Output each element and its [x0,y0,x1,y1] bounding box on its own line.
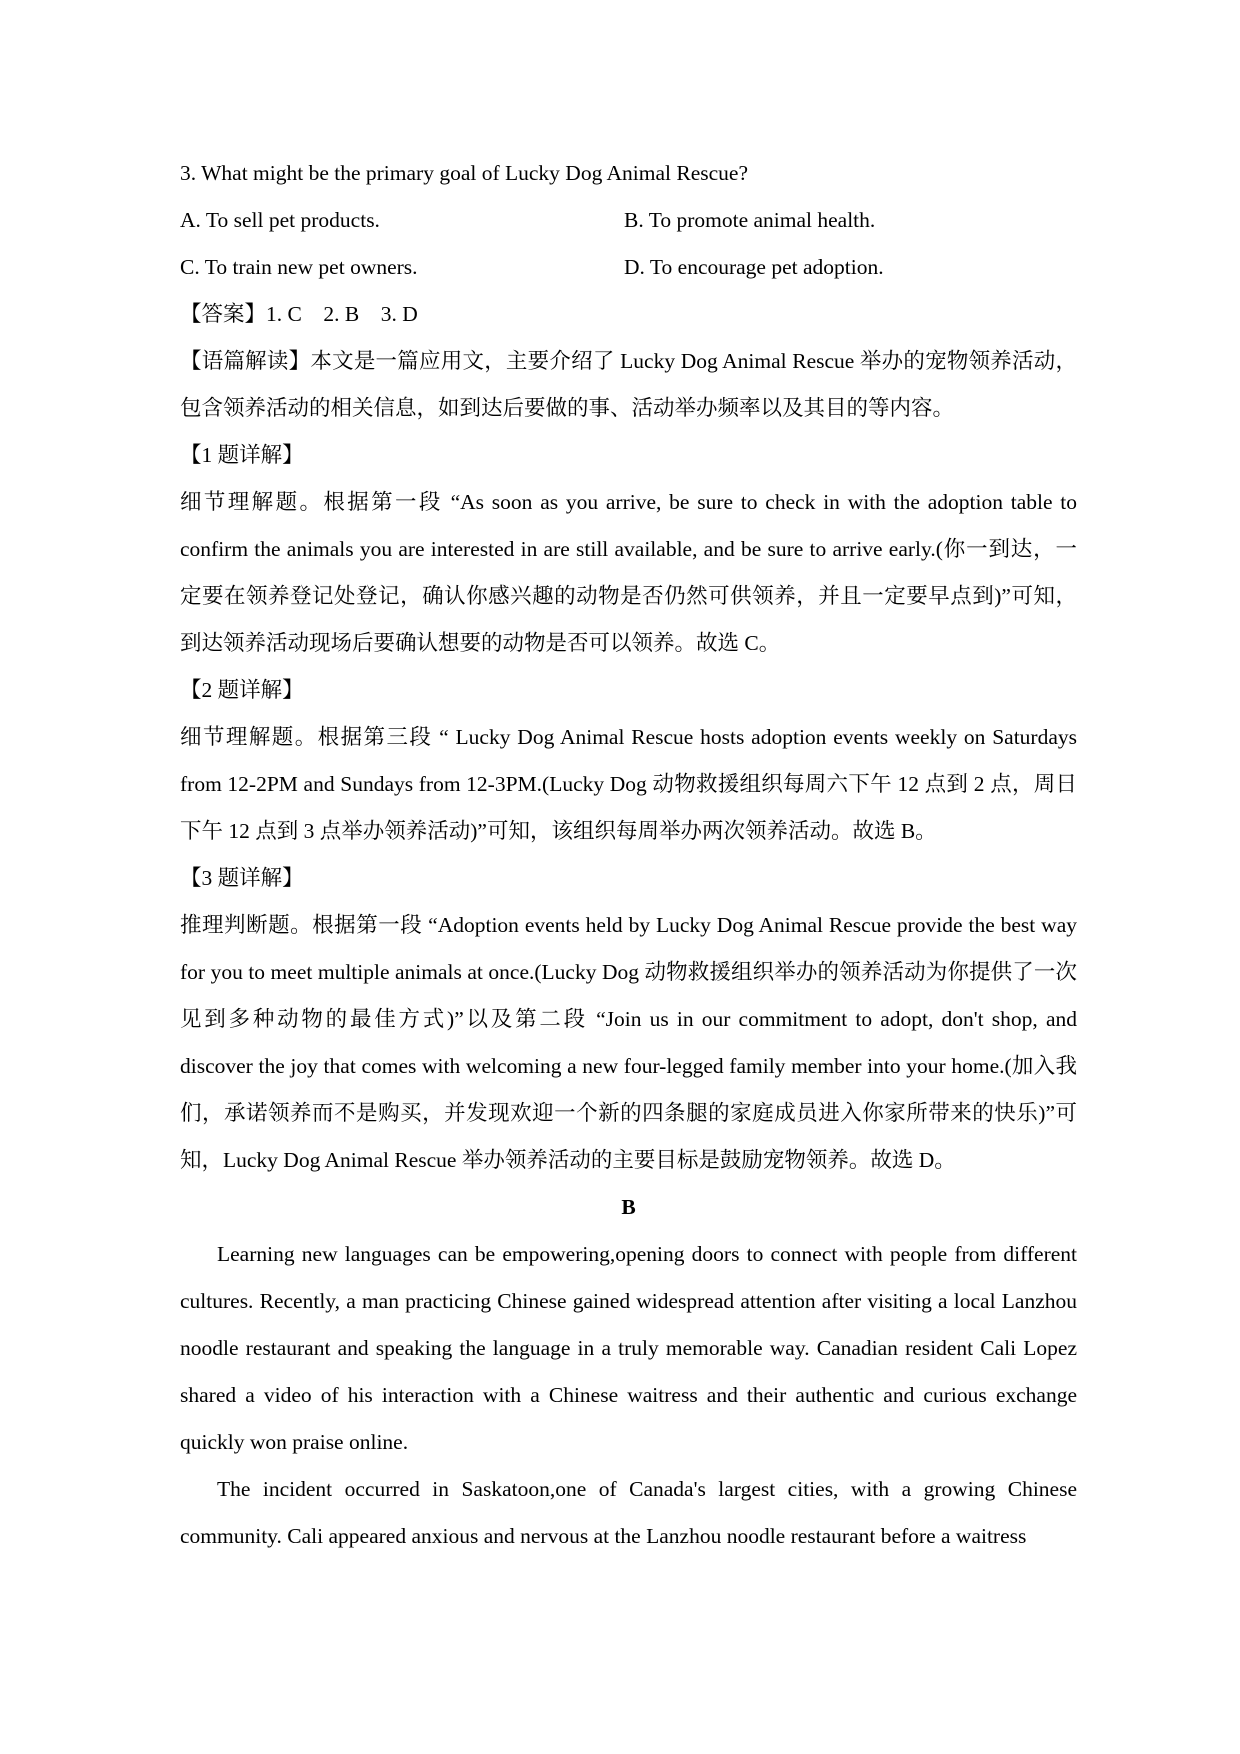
options-row-1: A. To sell pet products. B. To promote a… [180,197,1077,244]
detail-1-body: 细节理解题。根据第一段 “As soon as you arrive, be s… [180,479,1077,667]
option-d: D. To encourage pet adoption. [624,244,1077,291]
document-page: 3. What might be the primary goal of Luc… [0,0,1240,1754]
detail-3-header: 【3 题详解】 [180,855,1077,902]
option-c: C. To train new pet owners. [180,244,624,291]
section-b-paragraph-1: Learning new languages can be empowering… [180,1231,1077,1466]
passage-analysis: 【语篇解读】本文是一篇应用文，主要介绍了 Lucky Dog Animal Re… [180,338,1077,432]
passage-analysis-body: 本文是一篇应用文，主要介绍了 Lucky Dog Animal Rescue 举… [180,349,1077,420]
detail-3-body: 推理判断题。根据第一段 “Adoption events held by Luc… [180,902,1077,1184]
section-b-header: B [180,1184,1077,1231]
detail-2-header: 【2 题详解】 [180,667,1077,714]
question-3-text: 3. What might be the primary goal of Luc… [180,150,1077,197]
section-b-paragraph-2: The incident occurred in Saskatoon,one o… [180,1466,1077,1560]
answer-values: 1. C 2. B 3. D [266,302,418,326]
detail-1-header: 【1 题详解】 [180,432,1077,479]
answer-line: 【答案】1. C 2. B 3. D [180,291,1077,338]
answer-label: 【答案】 [180,302,266,326]
option-b: B. To promote animal health. [624,197,1077,244]
passage-analysis-label: 【语篇解读】 [180,349,310,373]
options-row-2: C. To train new pet owners. D. To encour… [180,244,1077,291]
option-a: A. To sell pet products. [180,197,624,244]
detail-2-body: 细节理解题。根据第三段 “ Lucky Dog Animal Rescue ho… [180,714,1077,855]
